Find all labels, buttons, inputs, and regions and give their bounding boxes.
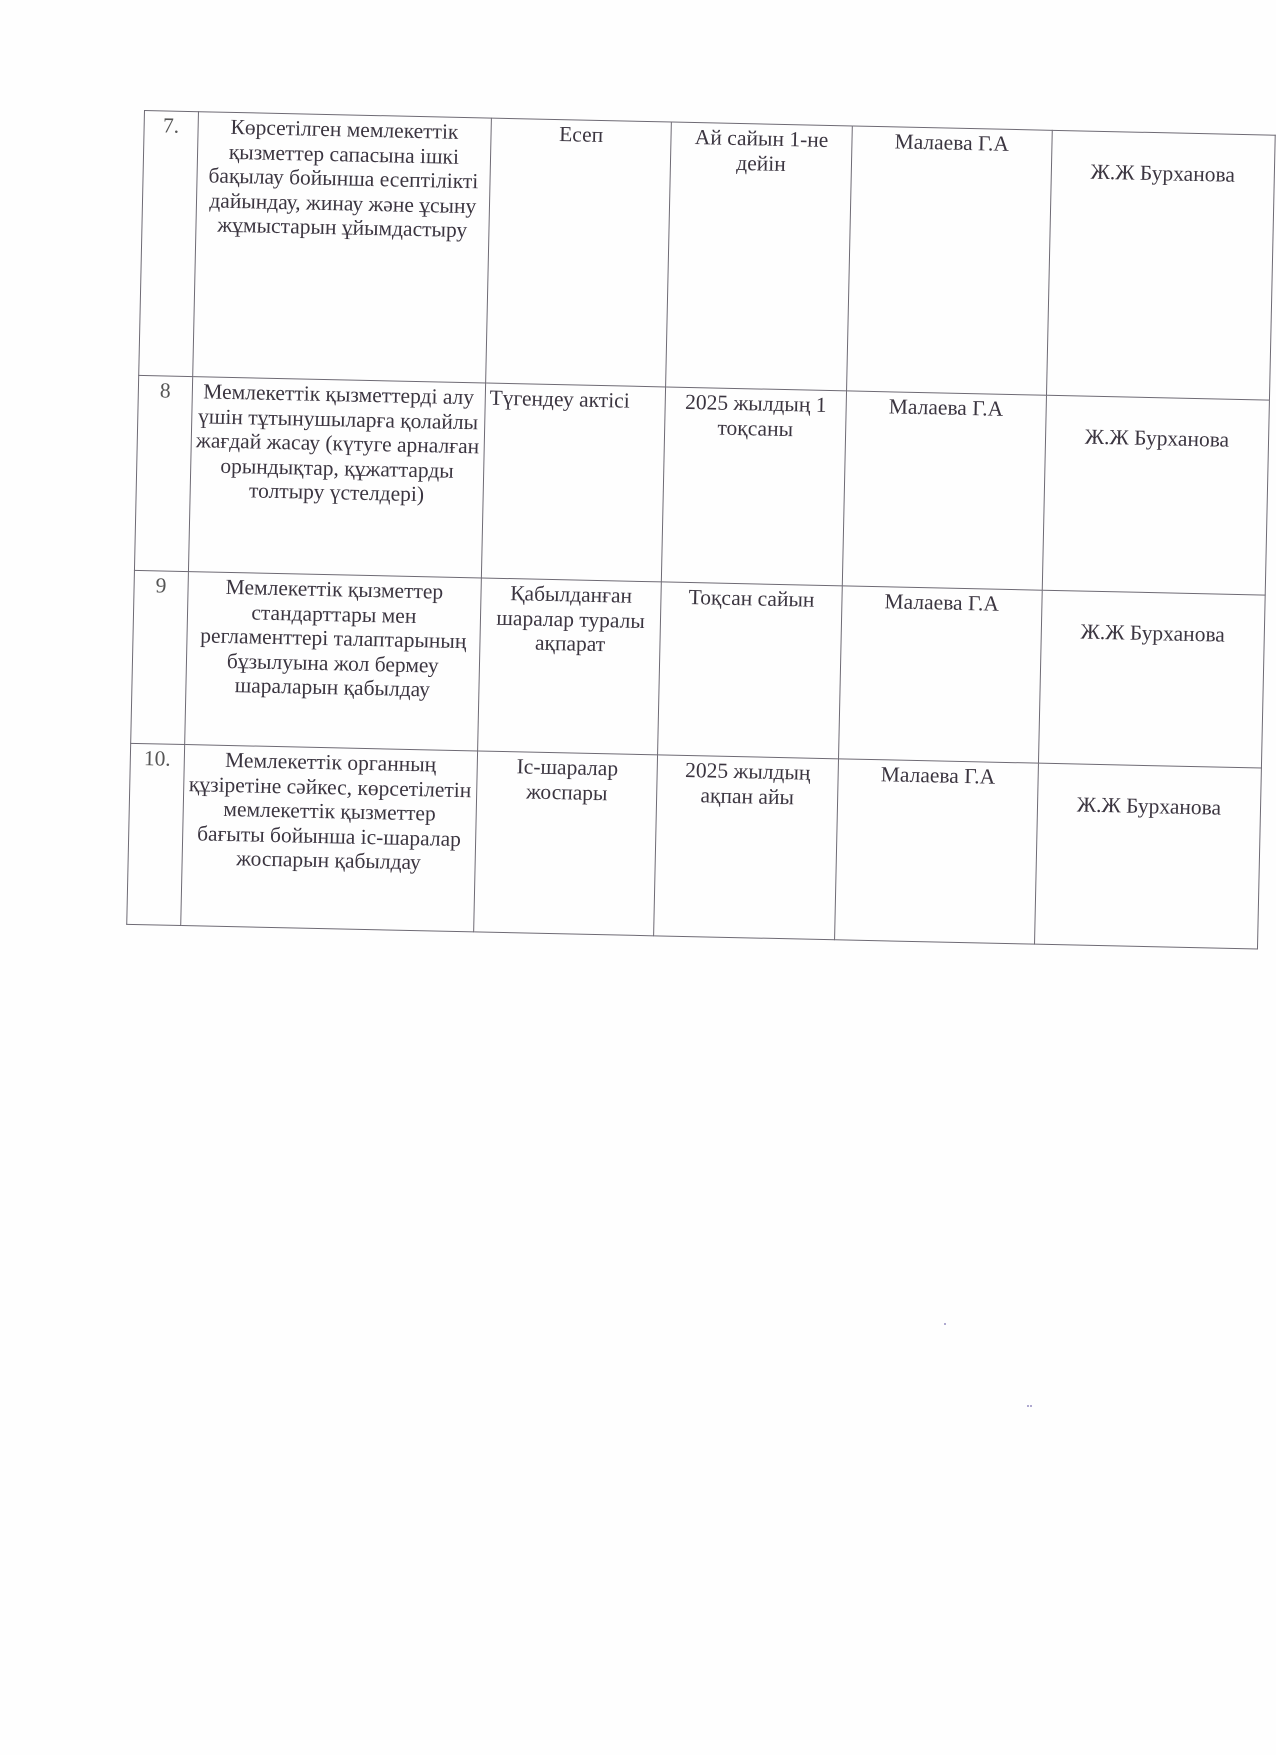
responsible-person: Малаева Г.А: [838, 586, 1042, 763]
row-number: 8: [134, 375, 192, 571]
table-row: 10. Мемлекеттік органның құзіретіне сәйк…: [127, 743, 1262, 949]
controller-cell: Ж.Ж Бурханова: [1046, 130, 1275, 400]
controller-cell: Ж.Ж Бурханова: [1034, 763, 1261, 949]
completion-form: Түгендеу актісі: [481, 383, 666, 582]
controller-person: Ж.Ж Бурханова: [1050, 424, 1265, 453]
task-description: Мемлекеттік қызметтерді алу үшін тұтынуш…: [188, 377, 485, 578]
table-row: 9 Мемлекеттік қызметтер стандарттары мен…: [131, 570, 1266, 768]
scanned-page: 7. Көрсетілген мемлекеттік қызметтер сап…: [0, 0, 1276, 1755]
deadline: Тоқсан сайын: [658, 582, 842, 759]
deadline: Ай сайын 1-не дейін: [666, 122, 852, 391]
task-description: Көрсетілген мемлекеттік қызметтер сапасы…: [193, 112, 492, 383]
scan-speck: [944, 1323, 946, 1325]
table-row: 7. Көрсетілген мемлекеттік қызметтер сап…: [139, 111, 1276, 401]
row-number: 9: [131, 570, 189, 744]
responsible-person: Малаева Г.А: [846, 126, 1052, 395]
controller-cell: Ж.Ж Бурханова: [1042, 395, 1269, 595]
completion-form: Есеп: [485, 118, 671, 387]
responsible-person: Малаева Г.А: [842, 391, 1046, 590]
controller-cell: Ж.Ж Бурханова: [1038, 590, 1265, 768]
deadline: 2025 жылдың 1 тоқсаны: [662, 387, 846, 586]
task-description: Мемлекеттік органның құзіретіне сәйкес, …: [181, 745, 478, 932]
completion-form: Іс-шаралар жоспары: [473, 751, 658, 936]
deadline: 2025 жылдың ақпан айы: [654, 755, 838, 940]
scan-speck: [1030, 1405, 1032, 1407]
controller-person: Ж.Ж Бурханова: [1055, 159, 1270, 188]
row-number: 7.: [139, 111, 199, 377]
controller-person: Ж.Ж Бурханова: [1045, 619, 1260, 648]
responsible-person: Малаева Г.А: [834, 759, 1038, 944]
plan-table: 7. Көрсетілген мемлекеттік қызметтер сап…: [126, 110, 1276, 950]
completion-form: Қабылданған шаралар туралы ақпарат: [477, 578, 661, 755]
task-description: Мемлекеттік қызметтер стандарттары мен р…: [185, 572, 482, 751]
plan-table-wrapper: 7. Көрсетілген мемлекеттік қызметтер сап…: [126, 110, 1276, 950]
scan-speck: [1027, 1405, 1029, 1407]
controller-person: Ж.Ж Бурханова: [1042, 792, 1257, 821]
row-number: 10.: [127, 743, 185, 925]
table-row: 8 Мемлекеттік қызметтерді алу үшін тұтын…: [134, 375, 1269, 595]
